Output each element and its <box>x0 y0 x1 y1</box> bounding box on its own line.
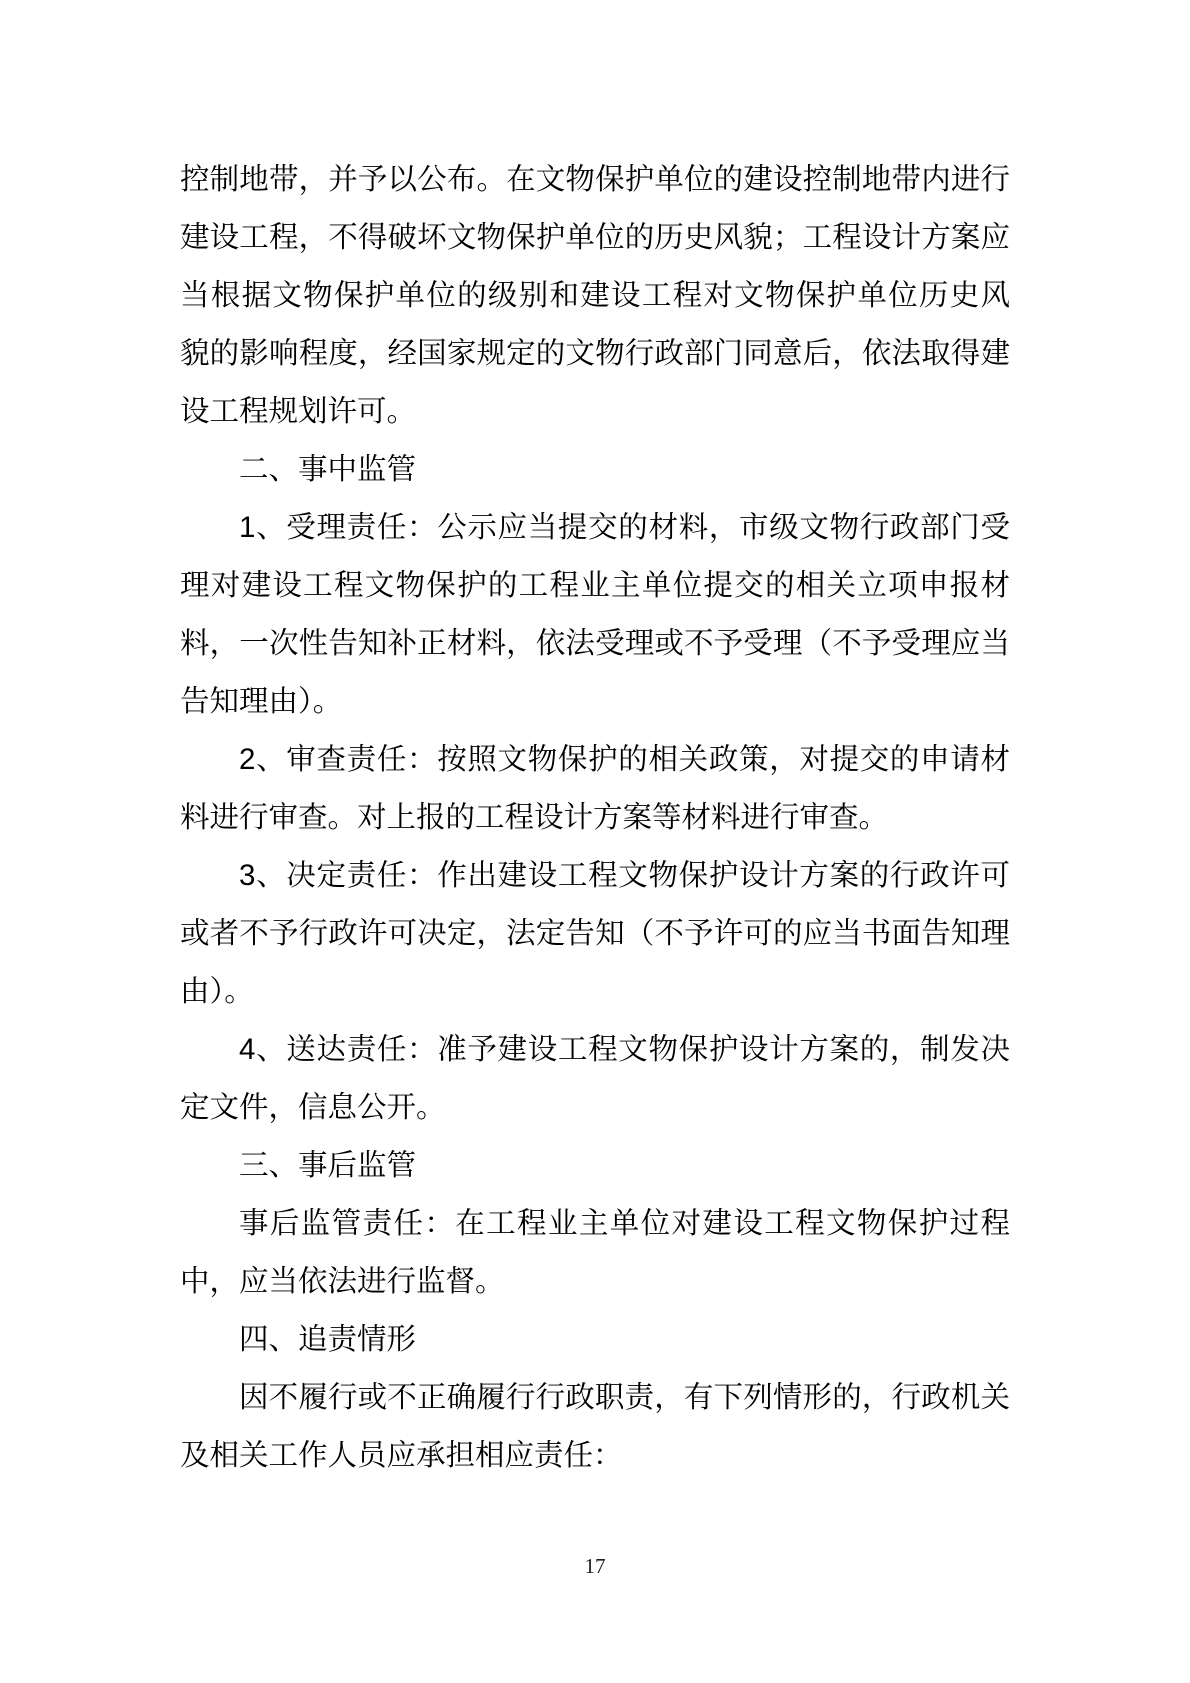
text-line: 或者不予行政许可决定，法定告知（不予许可的应当书面告知理 <box>180 905 1010 963</box>
document-page: 控制地带，并予以公布。在文物保护单位的建设控制地带内进行建设工程，不得破坏文物保… <box>0 0 1190 1683</box>
text-line: 及相关工作人员应承担相应责任： <box>180 1427 1010 1485</box>
text-line: 告知理由）。 <box>180 673 1010 731</box>
text-line: 1、受理责任：公示应当提交的材料，市级文物行政部门受 <box>180 499 1010 557</box>
text-line: 当根据文物保护单位的级别和建设工程对文物保护单位历史风 <box>180 267 1010 325</box>
text-line: 四、追责情形 <box>180 1311 1010 1369</box>
text-line: 因不履行或不正确履行行政职责，有下列情形的，行政机关 <box>180 1369 1010 1427</box>
text-line: 事后监管责任：在工程业主单位对建设工程文物保护过程 <box>180 1195 1010 1253</box>
text-line: 二、事中监管 <box>180 441 1010 499</box>
document-body: 控制地带，并予以公布。在文物保护单位的建设控制地带内进行建设工程，不得破坏文物保… <box>180 151 1010 1485</box>
text-line: 貌的影响程度，经国家规定的文物行政部门同意后，依法取得建 <box>180 325 1010 383</box>
text-line: 设工程规划许可。 <box>180 383 1010 441</box>
text-line: 理对建设工程文物保护的工程业主单位提交的相关立项申报材 <box>180 557 1010 615</box>
text-line: 三、事后监管 <box>180 1137 1010 1195</box>
text-line: 3、决定责任：作出建设工程文物保护设计方案的行政许可 <box>180 847 1010 905</box>
text-line: 料，一次性告知补正材料，依法受理或不予受理（不予受理应当 <box>180 615 1010 673</box>
text-line: 4、送达责任：准予建设工程文物保护设计方案的，制发决 <box>180 1021 1010 1079</box>
text-line: 定文件，信息公开。 <box>180 1079 1010 1137</box>
page-number: 17 <box>0 1553 1190 1579</box>
text-line: 控制地带，并予以公布。在文物保护单位的建设控制地带内进行 <box>180 151 1010 209</box>
text-line: 2、审查责任：按照文物保护的相关政策，对提交的申请材 <box>180 731 1010 789</box>
text-line: 料进行审查。对上报的工程设计方案等材料进行审查。 <box>180 789 1010 847</box>
text-line: 中，应当依法进行监督。 <box>180 1253 1010 1311</box>
text-line: 建设工程，不得破坏文物保护单位的历史风貌；工程设计方案应 <box>180 209 1010 267</box>
text-line: 由）。 <box>180 963 1010 1021</box>
